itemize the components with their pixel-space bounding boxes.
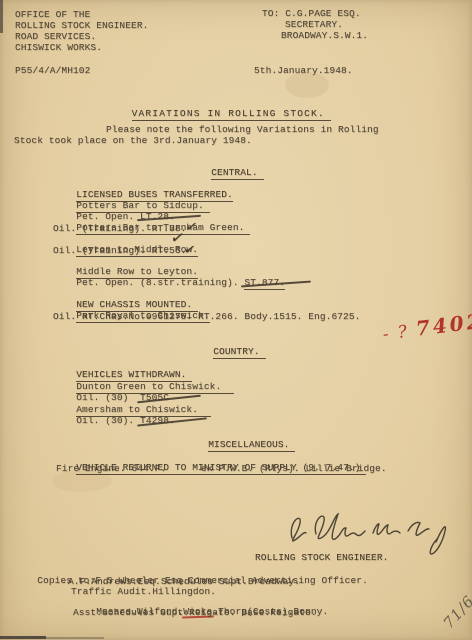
sender-address-line: CHISWICK WORKS. [15,43,102,53]
scanned-letter-page: OFFICE OF THE ROLLING STOCK ENGINEER. RO… [0,0,472,640]
scan-edge-artifact-bottom-left [0,636,46,639]
recipient-line: TO: C.G.PAGE ESQ. [262,9,361,19]
section-heading-text: CENTRAL. [211,167,263,180]
sender-address-line: ROAD SERVICES. [15,32,96,42]
recipient-line: BROADWAY.S.W.1. [281,31,368,41]
section-heading-text: COUNTRY. [213,346,265,359]
intro-paragraph-line: Stock took place on the 3rd.January 1948… [14,136,252,146]
vehicle-detail-line: Fire Engine. 644.F. ex P.W.E. (Rlys). Li… [56,464,387,474]
document-title-text: VARIATIONS IN ROLLING STOCK. [132,108,331,121]
copies-line: Traffic Audit.Hillingdon. [71,587,216,597]
detail-text: Pet. Open. (8.str.training). [76,277,244,288]
detail-text: Oil. (30). [76,415,140,426]
reference-number: P55/4/A/MH102 [15,66,90,76]
sender-address-line: OFFICE OF THE [15,10,90,20]
annotation-query-text: - ? [382,321,418,345]
letter-date: 5th.January.1948. [254,66,353,76]
recipient-line: SECRETARY. [285,20,343,30]
section-heading-country: COUNTRY. [190,337,266,367]
vehicle-detail-line: Oil. (Training). RT.56. [53,246,186,256]
intro-paragraph-line: Please note the following Variations in … [106,125,379,135]
annotation-number-text: 7402 [415,309,472,341]
signatory-title: ROLLING STOCK ENGINEER. [255,553,388,563]
vehicle-detail-line: Oil. (Training). RT.38. [53,224,186,234]
scan-edge-artifact-bottom-left-faint [46,637,104,639]
pencil-page-number: 71/6 [440,592,472,632]
section-heading-text: MISCELLANEOUS. [208,439,295,452]
struck-fleet-number: T4298. [140,416,175,426]
vehicle-detail-line: Oil. (30). T4298. [53,406,175,436]
copies-line: Asst.Schedules Supt.Reigate. Base.Reigat… [73,608,317,618]
vehicle-detail-line: Oil. RT.Chas.No.0961275. RT.266. Body.15… [53,312,360,322]
red-handwritten-annotation: - ? 7402 [359,290,472,366]
scan-edge-artifact-top-left [0,0,3,33]
sender-address-line: ROLLING STOCK ENGINEER. [15,21,148,31]
struck-fleet-number: ST.877. [244,278,285,290]
